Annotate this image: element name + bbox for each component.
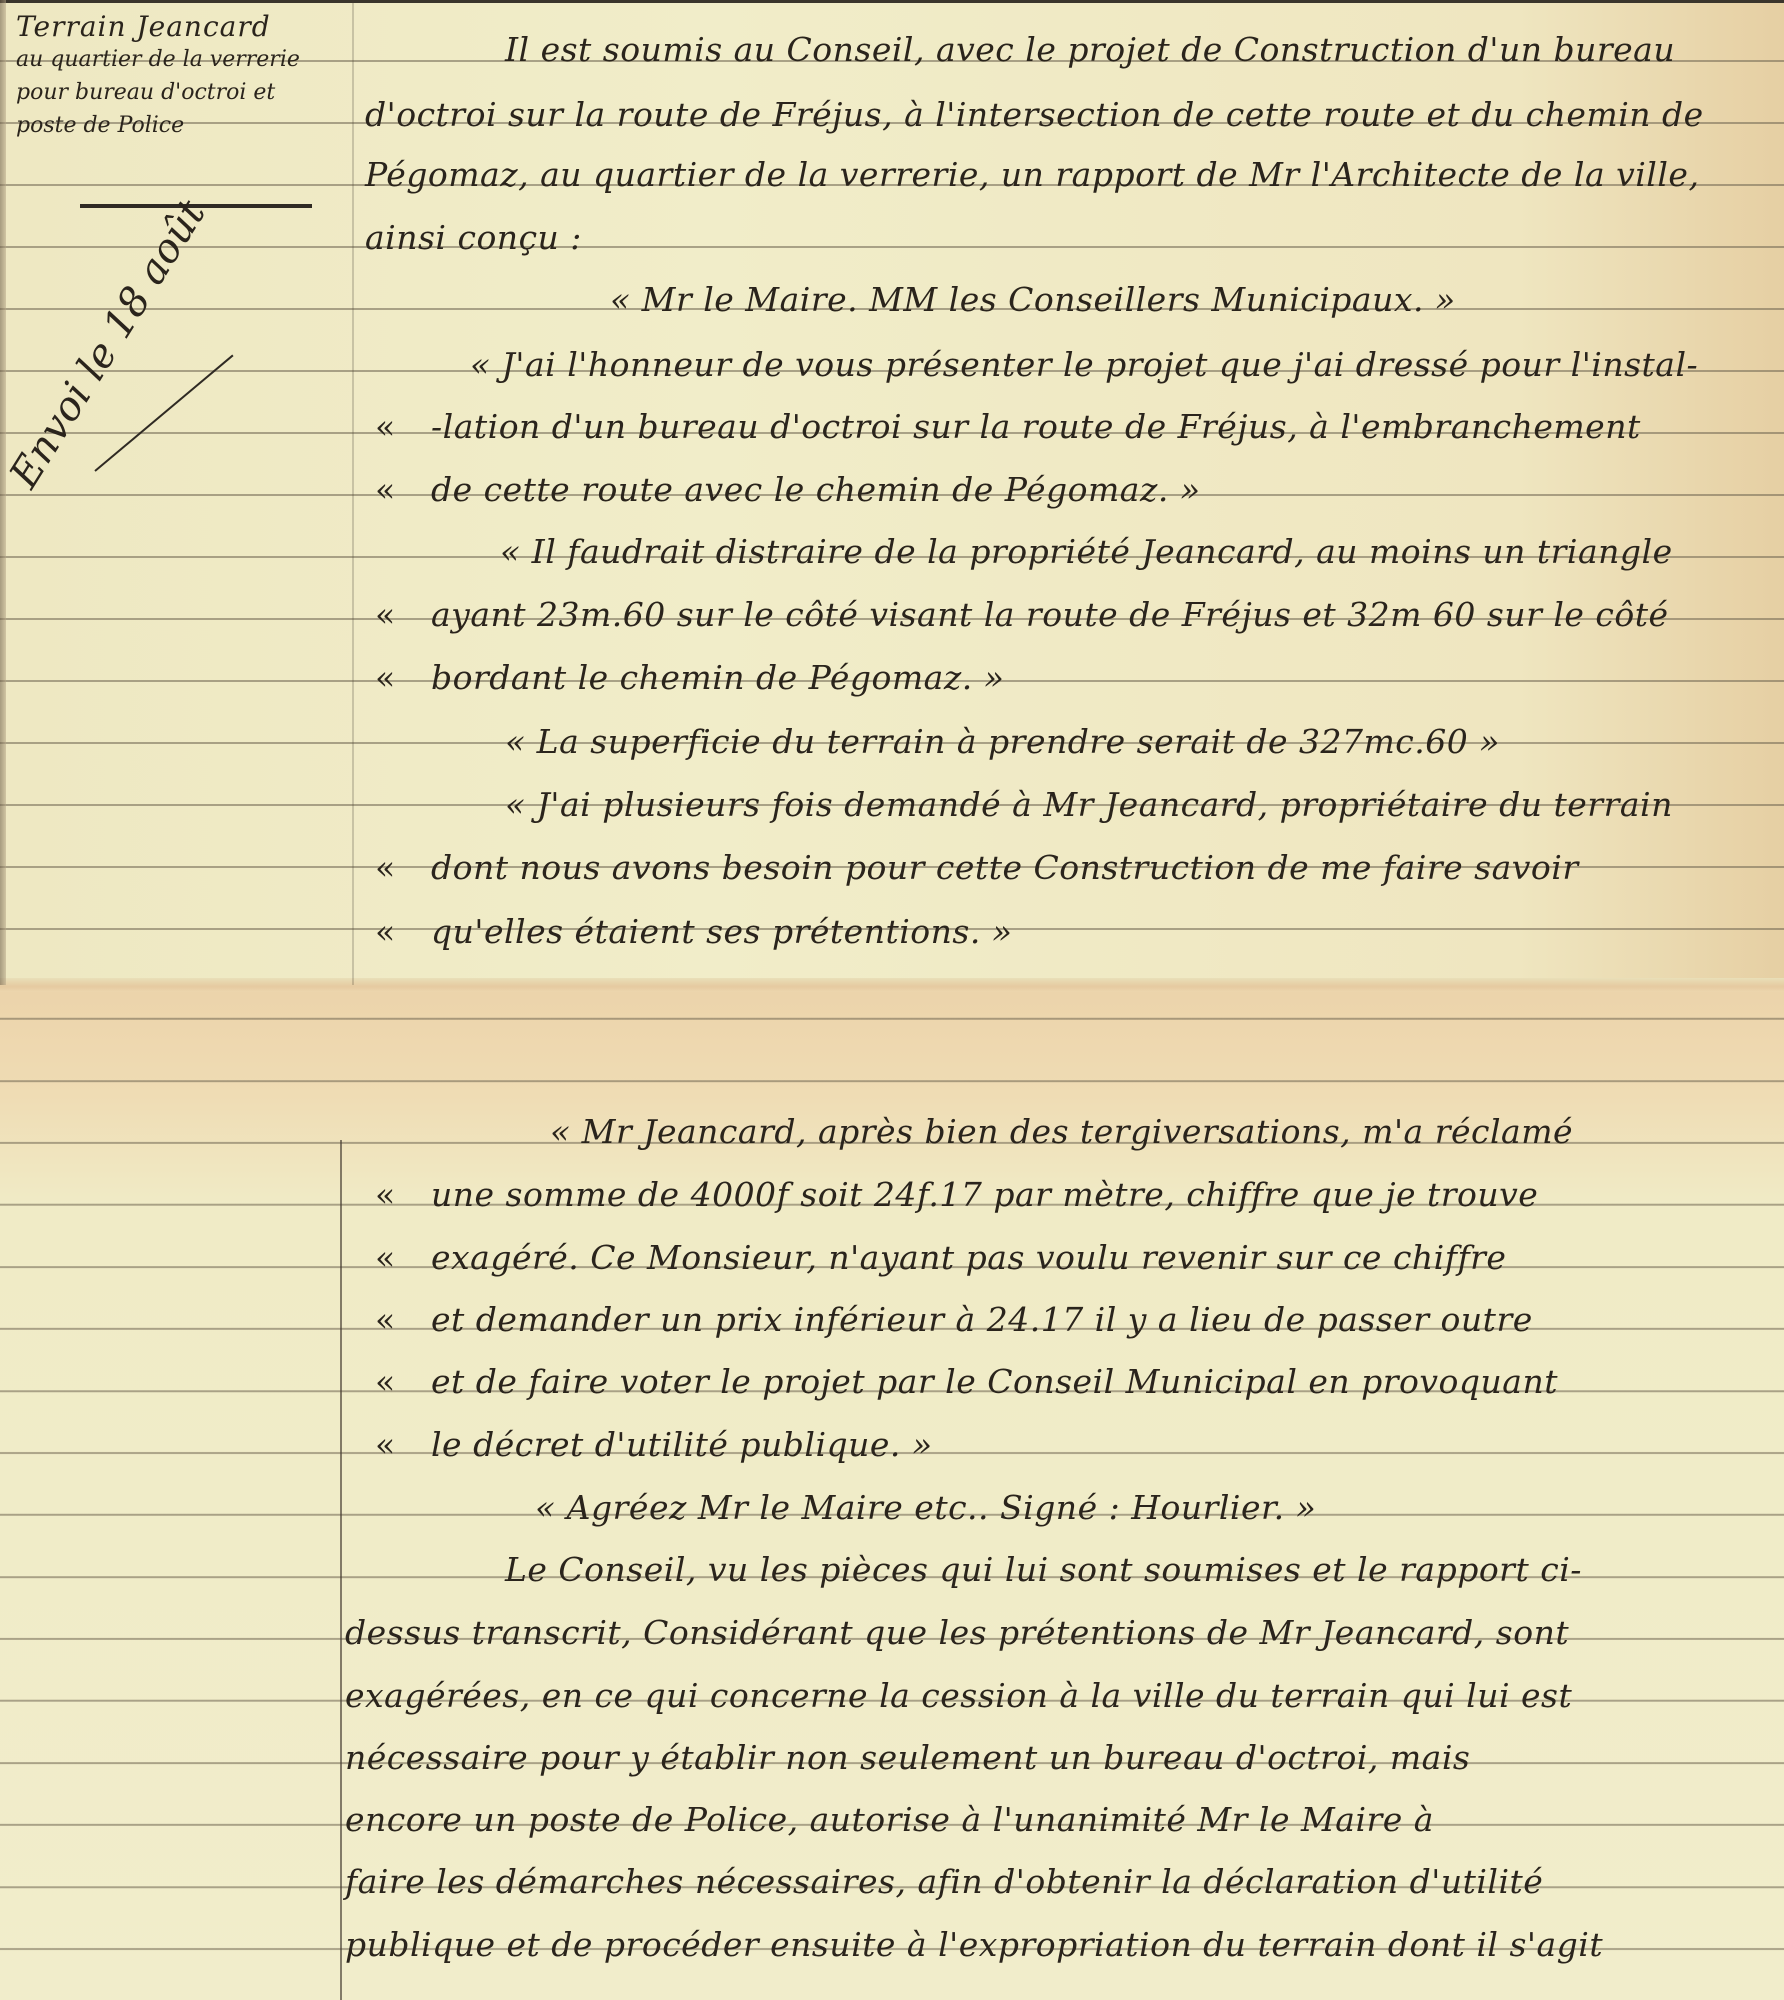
text-line: «de cette route avec le chemin de Pégoma… <box>375 470 1201 509</box>
quote-mark: « <box>375 912 431 951</box>
text-line: «une somme de 4000f soit 24f.17 par mètr… <box>375 1175 1538 1214</box>
text-line: «dont nous avons besoin pour cette Const… <box>375 848 1579 887</box>
quote-mark: « <box>375 1362 431 1401</box>
quote-mark: « <box>375 1300 431 1339</box>
page-seam <box>0 978 1784 992</box>
text-line: faire les démarches nécessaires, afin d'… <box>345 1862 1543 1901</box>
text-line: Pégomaz, au quartier de la verrerie, un … <box>365 155 1699 194</box>
text-line: « Il faudrait distraire de la propriété … <box>500 532 1673 571</box>
text-line: encore un poste de Police, autorise à l'… <box>345 1800 1434 1839</box>
margin-rule-bottom <box>340 1140 342 2000</box>
margin-note-line: poste de Police <box>16 109 356 142</box>
text-line: «ayant 23m.60 sur le côté visant la rout… <box>375 595 1669 634</box>
text-line: Le Conseil, vu les pièces qui lui sont s… <box>505 1550 1582 1589</box>
text-line: d'octroi sur la route de Fréjus, à l'int… <box>365 95 1704 134</box>
binding-edge <box>0 0 6 985</box>
text-line: ainsi conçu : <box>365 218 582 257</box>
quote-mark: « <box>375 1425 431 1464</box>
text-line: «exagéré. Ce Monsieur, n'ayant pas voulu… <box>375 1238 1506 1277</box>
text-line: «le décret d'utilité publique. » <box>375 1425 933 1464</box>
quote-mark: « <box>375 1238 431 1277</box>
text-line: «et demander un prix inférieur à 24.17 i… <box>375 1300 1533 1339</box>
text-line: «bordant le chemin de Pégomaz. » <box>375 658 1004 697</box>
margin-note-line: pour bureau d'octroi et <box>16 76 356 109</box>
text-line: publique et de procéder ensuite à l'expr… <box>345 1925 1603 1964</box>
text-line: exagérées, en ce qui concerne la cession… <box>345 1676 1572 1715</box>
quote-mark: « <box>375 470 431 509</box>
quote-mark: « <box>375 848 431 887</box>
top-edge <box>0 0 1784 3</box>
margin-note-line: au quartier de la verrerie <box>16 43 356 76</box>
margin-rule-top <box>352 0 354 985</box>
text-line: «et de faire voter le projet par le Cons… <box>375 1362 1558 1401</box>
margin-note: Terrain Jeancard au quartier de la verre… <box>16 10 356 142</box>
text-line: «-lation d'un bureau d'octroi sur la rou… <box>375 407 1641 446</box>
text-line: « Mr Jeancard, après bien des tergiversa… <box>550 1112 1573 1151</box>
text-line: « J'ai plusieurs fois demandé à Mr Jeanc… <box>505 785 1673 824</box>
quote-mark: « <box>375 1175 431 1214</box>
quote-mark: « <box>375 595 431 634</box>
text-line: dessus transcrit, Considérant que les pr… <box>345 1613 1569 1652</box>
text-line: nécessaire pour y établir non seulement … <box>345 1738 1470 1777</box>
quote-mark: « <box>375 658 431 697</box>
text-line: «qu'elles étaient ses prétentions. » <box>375 912 1013 951</box>
quote-mark: « <box>375 407 431 446</box>
text-line: « Mr le Maire. MM les Conseillers Munici… <box>610 280 1456 319</box>
text-line: « La superficie du terrain à prendre ser… <box>505 722 1500 761</box>
margin-note-title: Terrain Jeancard <box>16 10 356 43</box>
text-line: « J'ai l'honneur de vous présenter le pr… <box>470 345 1698 384</box>
text-line: « Agréez Mr le Maire etc.. Signé : Hourl… <box>535 1488 1316 1527</box>
text-line: Il est soumis au Conseil, avec le projet… <box>505 30 1675 69</box>
